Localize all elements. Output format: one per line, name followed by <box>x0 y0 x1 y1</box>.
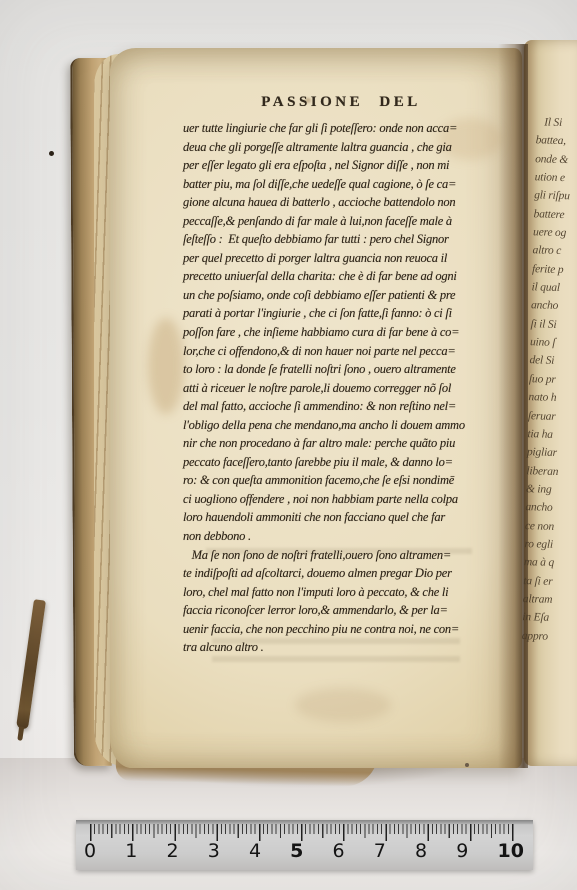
fragment-line: ce non <box>525 517 577 537</box>
speck <box>49 151 54 156</box>
fragment-line: ferite p <box>532 260 577 280</box>
fragment-line: ancho <box>525 498 577 518</box>
ruler-cm-ticks <box>90 824 514 841</box>
text-line: per quel precetto di porger laltra guanc… <box>183 249 497 268</box>
fragment-line: ution e <box>534 168 577 188</box>
text-line: peccaſſe,& penſando di far male à lui,no… <box>183 212 497 231</box>
ruler-number: 4 <box>249 842 261 861</box>
fragment-line: ſi il Si <box>530 315 577 335</box>
text-line: atti à riceuer le noſtre parole,li douem… <box>183 379 497 398</box>
text-line: ſeſteſſo : Et queſto debbiamo far tutti … <box>183 230 497 249</box>
fragment-line: liberan <box>526 462 577 482</box>
book-photo-scene: PASSIONE DEL uer tutte lingiurie che far… <box>0 0 577 890</box>
text-line: to loro : la donde ſe fratelli noſtri ſo… <box>183 360 497 379</box>
text-line: un che poſsiamo, onde coſi debbiamo eſſe… <box>183 286 497 305</box>
fragment-line: ſuo pr <box>529 370 577 390</box>
ruler-numbers: 012345678910 <box>90 842 514 861</box>
fragment-line: ancho <box>531 297 577 317</box>
fragment-line: tia ha <box>527 425 577 445</box>
fragment-line: altro c <box>532 242 577 262</box>
ruler: 012345678910 <box>76 820 533 870</box>
text-line: nir che non procedano à far altro male: … <box>183 434 497 453</box>
text-line: parati à portar l'ingiurie , che ci ſon … <box>183 304 497 323</box>
fragment-line: ma à q <box>524 553 577 573</box>
text-line: loro, chel mal fatto non l'imputi loro à… <box>183 583 497 602</box>
fragment-line: uino ſ <box>530 333 577 353</box>
ruler-number: 7 <box>374 842 386 861</box>
text-line: uer tutte lingiurie che far gli ſi poteſ… <box>183 119 497 138</box>
text-line: poſſon fare , che inſieme habbiamo cura … <box>183 323 497 342</box>
ruler-number: 6 <box>333 842 345 861</box>
fragment-line: nato h <box>528 388 577 408</box>
gutter-shadow <box>498 44 528 768</box>
speck <box>465 763 469 767</box>
fragment-line: onde & <box>535 150 577 170</box>
text-line: gione alcuna hauea di batterlo , accioch… <box>183 193 497 212</box>
fragment-line: in Eſa <box>522 608 577 628</box>
fragment-line: altram <box>523 590 577 610</box>
fragment-line: il qual <box>531 278 577 298</box>
text-line: tra alcuno altro . <box>183 638 497 657</box>
text-line: loro hauendoli ammoniti che non facciano… <box>183 508 497 527</box>
text-line: precetto uniuerſal della charita: che è … <box>183 267 497 286</box>
ruler-number: 3 <box>208 842 220 861</box>
text-line: ci uogliono offendere , noi non habbiam … <box>183 490 497 509</box>
fragment-line: appro <box>522 627 577 647</box>
text-line: uenir faccia, che non pecchino piu ne co… <box>183 620 497 639</box>
ruler-number: 9 <box>456 842 468 861</box>
ruler-number: 1 <box>125 842 137 861</box>
ruler-number: 5 <box>290 842 303 861</box>
ruler-number: 2 <box>166 842 178 861</box>
ruler-number: 0 <box>84 842 96 861</box>
fragment-line: pigliar <box>527 443 577 463</box>
fragment-line: & ing <box>526 480 577 500</box>
text-line: ro: & con queſta ammonition facemo,che ſ… <box>183 471 497 490</box>
text-line: per eſſer legato gli era eſpoſta , nel S… <box>183 156 497 175</box>
text-line: peccato faceſſero,tanto ſarebbe piu il m… <box>183 453 497 472</box>
fragment-line: ro egli <box>524 535 577 555</box>
fragment-line: gli riſpu <box>534 187 577 207</box>
text-line: faccia riconoſcer lerror loro,& ammendar… <box>183 601 497 620</box>
text-line: Ma ſe non ſono de noſtri fratelli,ouero … <box>183 546 497 565</box>
ruler-number: 8 <box>415 842 427 861</box>
text-line: te indiſpoſti ad aſcoltarci, douemo alme… <box>183 564 497 583</box>
fragment-line: uere og <box>533 223 577 243</box>
fragment-line: ſeruar <box>528 407 577 427</box>
left-page-text-column: uer tutte lingiurie che far gli ſi poteſ… <box>183 119 497 657</box>
leather-tie-strap <box>16 599 46 729</box>
running-title: PASSIONE DEL <box>196 95 486 110</box>
text-line: non debbono . <box>183 527 497 546</box>
text-line: batter piu, ma ſol diſſe,che uedeſſe qua… <box>183 175 497 194</box>
fragment-line: ta ſi er <box>523 572 577 592</box>
ruler-number: 10 <box>497 842 523 861</box>
fragment-line: del Si <box>529 352 577 372</box>
fragment-line: Il Si <box>536 113 577 133</box>
fragment-line: battere <box>533 205 577 225</box>
fragment-line: battea, <box>535 132 577 152</box>
text-line: lor,che ci offendono,& di non hauer noi … <box>183 342 497 361</box>
text-line: l'obligo della pena che mendano,ma ancho… <box>183 416 497 435</box>
text-line: del mal fatto, accioche ſi ammendino: & … <box>183 397 497 416</box>
text-line: deua che gli porgeſſe altramente laltra … <box>183 138 497 157</box>
